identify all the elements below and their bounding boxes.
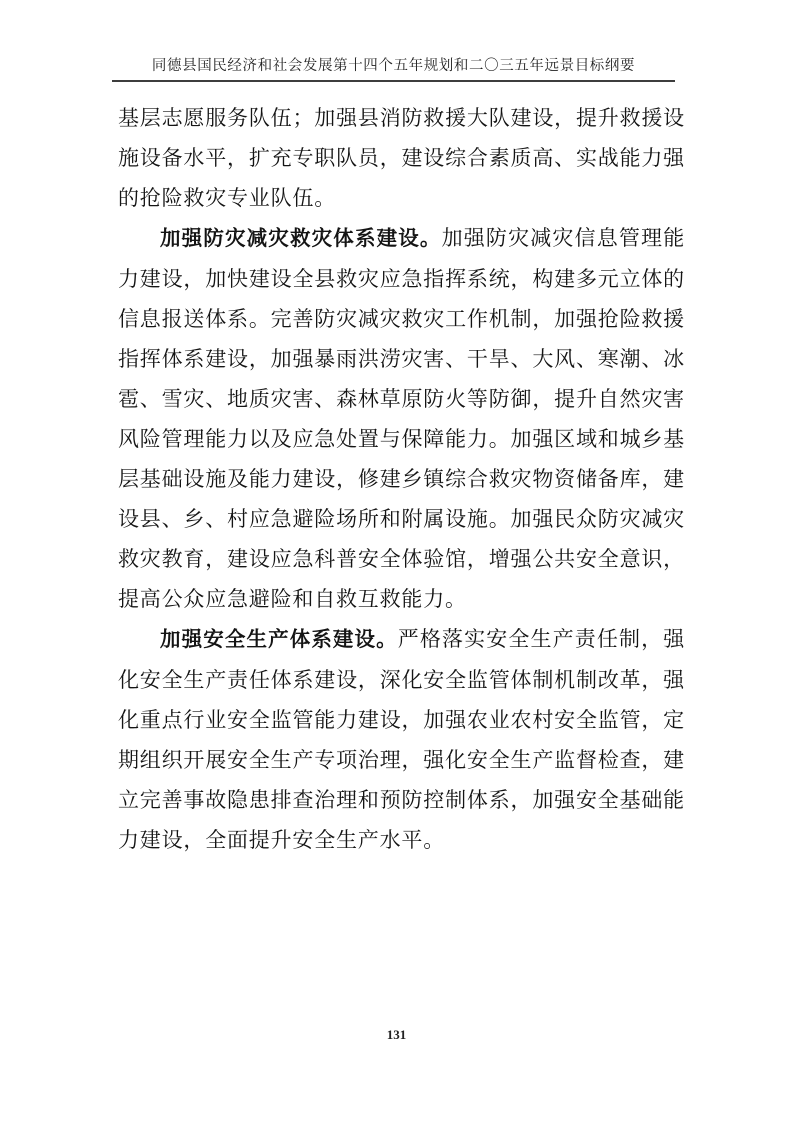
- paragraph-text: 严格落实安全生产责任制，强化安全生产责任体系建设，深化安全监管体制机制改革，强化…: [118, 627, 685, 852]
- paragraph-work-safety: 加强安全生产体系建设。严格落实安全生产责任制，强化安全生产责任体系建设，深化安全…: [118, 619, 685, 860]
- paragraph-text: 基层志愿服务队伍；加强县消防救援大队建设，提升救援设施设备水平，扩充专职队员，建…: [118, 106, 685, 210]
- paragraph-lead: 加强安全生产体系建设。: [160, 628, 398, 651]
- header-title: 同德县国民经济和社会发展第十四个五年规划和二〇三五年远景目标纲要: [152, 58, 635, 74]
- paragraph-continuation: 基层志愿服务队伍；加强县消防救援大队建设，提升救援设施设备水平，扩充专职队员，建…: [118, 98, 685, 218]
- paragraph-lead: 加强防灾减灾救灾体系建设。: [160, 227, 442, 250]
- document-body: 基层志愿服务队伍；加强县消防救援大队建设，提升救援设施设备水平，扩充专职队员，建…: [118, 98, 685, 860]
- page-number: 131: [0, 1027, 793, 1043]
- page-header: 同德县国民经济和社会发展第十四个五年规划和二〇三五年远景目标纲要: [112, 54, 675, 82]
- document-page: 同德县国民经济和社会发展第十四个五年规划和二〇三五年远景目标纲要 基层志愿服务队…: [0, 0, 793, 1122]
- paragraph-text: 加强防灾减灾信息管理能力建设，加快建设全县救灾应急指挥系统，构建多元立体的信息报…: [118, 226, 685, 611]
- paragraph-disaster-prevention: 加强防灾减灾救灾体系建设。加强防灾减灾信息管理能力建设，加快建设全县救灾应急指挥…: [118, 218, 685, 619]
